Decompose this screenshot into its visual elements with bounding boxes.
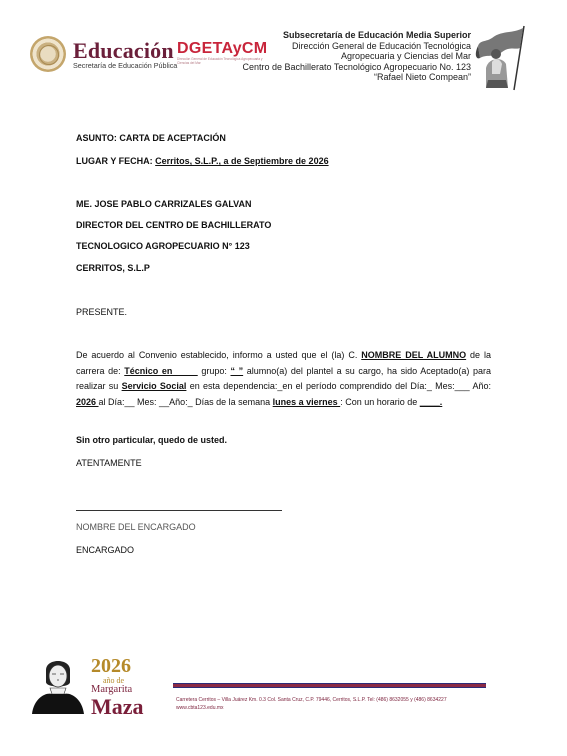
header-line-1: Subsecretaría de Educación Media Superio… — [243, 30, 471, 41]
recipient-city: CERRITOS, S.L.P — [76, 263, 150, 273]
weekdays-field: lunes a viernes — [273, 397, 341, 407]
footer-year: 2026 — [91, 655, 131, 678]
signer-role: ENCARGADO — [76, 545, 134, 555]
margarita-maza-portrait-icon — [30, 652, 86, 714]
subject-line: ASUNTO: CARTA DE ACEPTACIÓN — [76, 133, 226, 143]
body-text: en esta dependencia:_en el período compr… — [186, 381, 491, 391]
body-text: grupo: — [198, 366, 231, 376]
sep-logo-subtitle: Secretaría de Educación Pública — [73, 61, 177, 70]
group-field: “ ” — [231, 366, 244, 376]
flag-heroine-icon — [472, 24, 530, 92]
recipient-title-1: DIRECTOR DEL CENTRO DE BACHILLERATO — [76, 220, 271, 230]
footer-divider — [173, 683, 486, 689]
student-name-field: NOMBRE DEL ALUMNO — [361, 350, 466, 360]
body-text: : Con un horario de — [340, 397, 420, 407]
footer-address: Carretera Cerritos – Villa Juárez Km. 0.… — [176, 696, 447, 712]
career-field: Técnico en — [124, 366, 197, 376]
header-line-5: “Rafael Nieto Compean” — [243, 72, 471, 83]
body-text: De acuerdo al Convenio establecido, info… — [76, 350, 361, 360]
institution-header: Subsecretaría de Educación Media Superio… — [243, 30, 471, 83]
footer-maza: Maza — [91, 694, 144, 720]
social-service-label: Servicio Social — [122, 381, 187, 391]
closing-line: Sin otro particular, quedo de usted. — [76, 435, 227, 445]
recipient-title-2: TECNOLOGICO AGROPECUARIO N° 123 — [76, 241, 250, 251]
header-line-4: Centro de Bachillerato Tecnológico Agrop… — [243, 62, 471, 73]
header-line-3: Agropecuaria y Ciencias del Mar — [243, 51, 471, 62]
recipient-name: ME. JOSE PABLO CARRIZALES GALVAN — [76, 199, 252, 209]
signature-line — [76, 510, 282, 511]
address-text: Carretera Cerritos – Villa Juárez Km. 0.… — [176, 696, 447, 704]
place-date-label: LUGAR Y FECHA: — [76, 156, 155, 166]
year-field: 2026 — [76, 397, 99, 407]
national-seal-icon — [30, 36, 66, 72]
atentamente-line: ATENTAMENTE — [76, 458, 142, 468]
body-text: al Día:__ Mes: __Año:_ Días de la semana — [99, 397, 273, 407]
place-date-value: Cerritos, S.L.P., a de Septiembre de 202… — [155, 156, 328, 166]
place-date-line: LUGAR Y FECHA: Cerritos, S.L.P., a de Se… — [76, 156, 329, 166]
header-line-2: Dirección General de Educación Tecnológi… — [243, 41, 471, 52]
schedule-field: ____. — [420, 397, 443, 407]
website-text: www.cbta123.edu.mx — [176, 704, 447, 712]
presente-line: PRESENTE. — [76, 307, 127, 317]
body-paragraph: De acuerdo al Convenio establecido, info… — [76, 348, 491, 410]
signer-name: NOMBRE DEL ENCARGADO — [76, 522, 196, 532]
